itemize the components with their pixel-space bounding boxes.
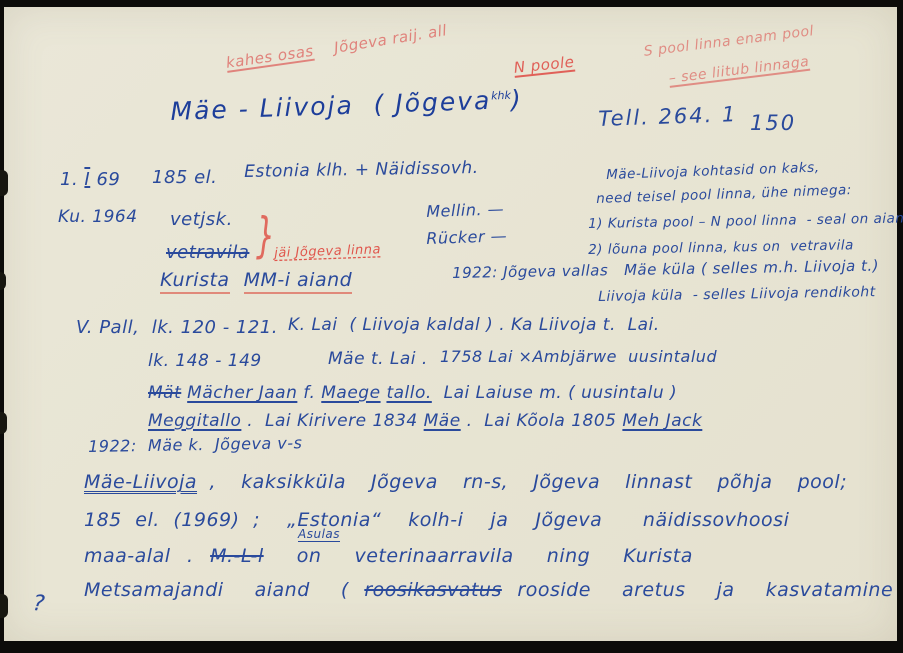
laiuse-text: Lai Laiuse m. ( uusintalu ) [432,383,677,403]
scan-artifact [0,594,8,618]
kurista-aiand-note: KuristaMM-i aiand [160,270,352,291]
tallo-underlined: tallo. [386,383,431,403]
scan-artifact [0,170,8,196]
summary-line-4: Metsamajandi aiand ( roosikasvatus roosi… [84,580,903,601]
remark-line-2: need teisel pool linna, ühe nimega: [596,183,852,207]
place-name-underlined: Mäe-Liivoja [84,471,197,493]
pall-line-macher: Mät Mächer Jaan f. Maege tallo. Lai Laiu… [148,384,677,403]
kirivere-text: . Lai Kirivere 1834 [241,411,423,431]
card-title-main: Mäe - Liivoja ( Jõgeva [170,86,492,126]
mae-underlined: Mäe [424,411,461,431]
pall-reference-text-148: Mäe t. Lai . [328,350,428,369]
mmi-aiand-word: MM-i aiand [244,269,353,294]
summary-line-4-rest: rooside aretus ja kasvatamine ), [502,579,903,601]
summary-line-3: maa-alal . M.-L-l on veterinaarravila ni… [84,546,693,567]
summary-line-1-rest: , kaksikküla Jõgeva rn-s, Jõgeva linnast… [197,471,847,493]
scan-artifact [0,412,7,434]
metsamajandi-text: Metsamajandi aiand ( [84,579,364,601]
pall-reference-pages-120: V. Pall, lk. 120 - 121. [76,318,278,338]
asulas-correction: Asulas [298,528,340,542]
pall-reference-1758: 1758 Lai ×Ambjärwe uusintalud [440,348,717,366]
pall-reference-text-120: K. Lai ( Liivoja kaldal ) . Ka Liivoja t… [288,316,660,335]
date-day: 1. [60,169,84,190]
pall-line-meggitallo: Meggitallo . Lai Kirivere 1834 Mäe . Lai… [148,412,702,431]
map-ref-rucker: Rücker — [426,227,507,247]
remark-line-1: Mäe-Liivoja kohtasid on kaks, [606,161,820,183]
remark-line-4: 2) lõuna pool linna, kus on vetravila [588,238,854,257]
farms-note: Estonia klh. + Näidissovh. [244,159,479,182]
red-brace: } [256,210,276,263]
struck-word-roosikasvatus: roosikasvatus [364,579,502,601]
red-annotation-jogeva-raj: Jõgeva raij. all [333,22,448,56]
meh-jack-underlined: Meh Jack [622,411,702,431]
remark-line-6: Liivoja küla - selles Liivoja rendikoht [598,285,876,305]
vetravila-note-struck: vetravila [166,243,249,263]
macher-jaan-underlined: Mächer Jaan [187,383,297,403]
date-year: 69 [90,169,120,190]
index-card: kahes osas Jõgeva raij. all N poole S po… [4,7,897,641]
order-number: Tell. 264. 1 [598,103,738,131]
question-mark-note: ? [31,592,46,617]
struck-abbrev-ml: M.-L-l [210,545,264,567]
meggitallo-underlined: Meggitallo [148,411,241,431]
red-annotation-s-pool-line1: S pool linna enam pool [643,24,815,60]
card-number: 150 [750,112,796,135]
map-ref-mellin: Mellin. — [426,200,504,220]
pall-line-1922: 1922: Mäe k. Jõgeva v-s [88,434,303,455]
vetjsk-note: vetjsk. [170,210,233,230]
scanned-card-page: kahes osas Jõgeva raij. all N poole S po… [0,0,903,653]
kurista-word: Kurista [160,269,230,294]
struck-word-mat: Mät [148,383,181,403]
remark-line-5-1922: 1922: Jõgeva vallas Mäe küla ( selles m.… [452,258,879,282]
summary-line-1: Mäe-Liivoja , kaksikküla Jõgeva rn-s, Jõ… [84,472,847,493]
maa-alal-text: maa-alal . [84,545,210,567]
maege-underlined: Maege [321,383,380,403]
red-annotation-s-pool-line2: – see liitub linnaga [668,55,810,88]
red-annotation-jai-linna: jäi Jõgeva linna [274,243,381,261]
card-title-close-paren: ) [510,85,523,114]
card-title-superscript: khk [491,89,511,103]
card-title: Mäe - Liivoja ( Jõgevakhk) [170,86,523,126]
entry-date-1969: 1. I 69 [60,170,120,190]
remark-line-3: 1) Kurista pool – N pool linna - seal on… [588,211,903,232]
population-1969: 185 el. [152,168,217,188]
koola-text: . Lai Kõola 1805 [461,411,623,431]
red-annotation-kahes-osas: kahes osas [225,43,315,72]
word-f: f. [297,383,321,403]
summary-line-2: 185 el. (1969) ; „Estonia“ kolh-i ja Jõg… [84,510,789,531]
red-annotation-n-poole: N poole [513,54,575,77]
entry-date-1964: Ku. 1964 [58,208,138,227]
pall-reference-pages-148: lk. 148 - 149 [148,352,262,371]
summary-line-3-rest: on veterinaarravila ning Kurista [264,545,693,567]
